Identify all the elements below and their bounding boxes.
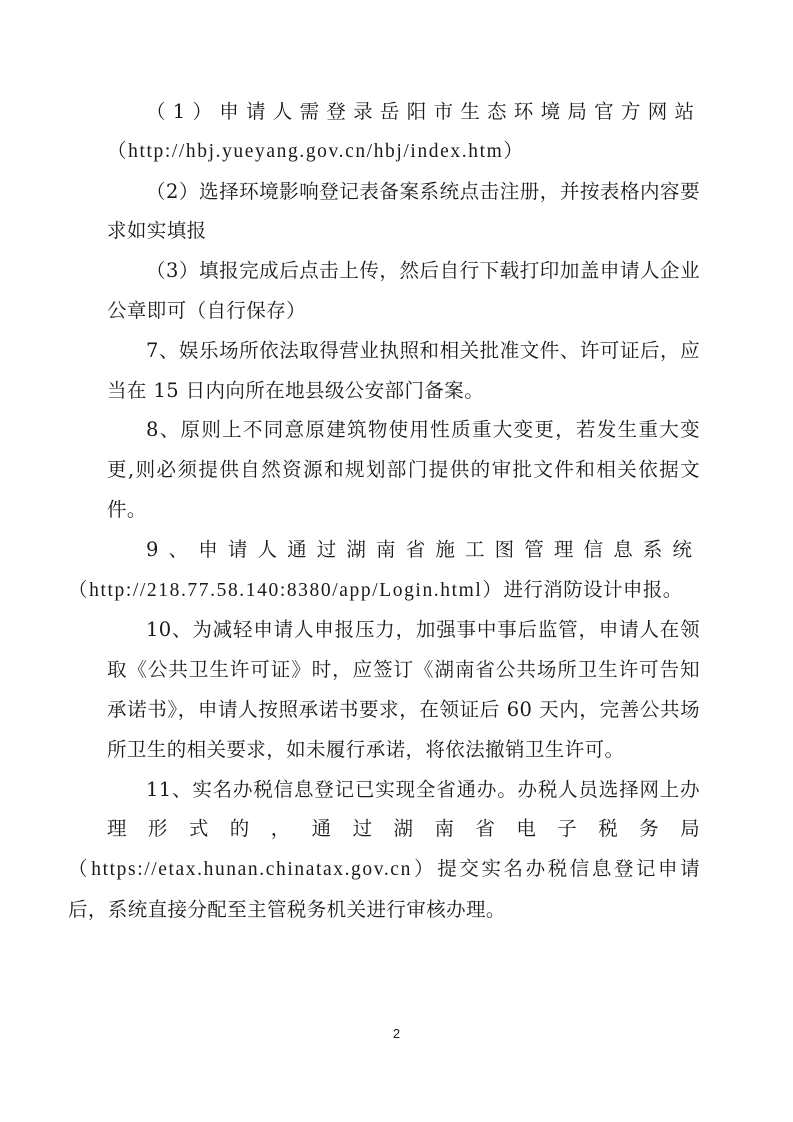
hunan-etax-url[interactable]: （https://etax.hunan.chinatax.gov.cn） bbox=[68, 859, 437, 880]
paragraph-step-1: （1）申请人需登录岳阳市生态环境局官方网站 （http://hbj.yueyan… bbox=[107, 92, 700, 172]
paragraph-step-3: （3）填报完成后点击上传，然后自行下载打印加盖申请人企业公章即可（自行保存） bbox=[107, 251, 700, 331]
item-11-line-1: 11、实名办税信息登记已实现全省通办。办税人员选择网上办 bbox=[107, 770, 700, 810]
paragraph-item-9: 9、申请人通过湖南省施工图管理信息系统 （http://218.77.58.14… bbox=[107, 530, 700, 611]
paragraph-item-7: 7、娱乐场所依法取得营业执照和相关批准文件、许可证后，应当在 15 日内向所在地… bbox=[107, 331, 700, 411]
item-9-continued: （http://218.77.58.140:8380/app/Login.htm… bbox=[68, 570, 700, 611]
document-page: （1）申请人需登录岳阳市生态环境局官方网站 （http://hbj.yueyan… bbox=[107, 92, 700, 930]
paragraph-item-11: 11、实名办税信息登记已实现全省通办。办税人员选择网上办 理形式的，通过湖南省电… bbox=[107, 770, 700, 930]
construction-drawing-system-url[interactable]: （http://218.77.58.140:8380/app/Login.htm… bbox=[68, 580, 504, 601]
paragraph-item-10: 10、为减轻申请人申报压力，加强事中事后监管，申请人在领取《公共卫生许可证》时，… bbox=[107, 610, 700, 769]
item-11-line-2: 理形式的，通过湖南省电子税务局 bbox=[68, 809, 700, 849]
paragraph-item-8: 8、原则上不同意原建筑物使用性质重大变更，若发生重大变更,则必须提供自然资源和规… bbox=[107, 410, 700, 529]
paragraph-step-2: （2）选择环境影响登记表备案系统点击注册，并按表格内容要求如实填报 bbox=[107, 172, 700, 252]
ecology-bureau-url[interactable]: （http://hbj.yueyang.gov.cn/hbj/index.htm… bbox=[68, 132, 700, 172]
page-number: 2 bbox=[0, 1026, 793, 1041]
step-1-text: （1）申请人需登录岳阳市生态环境局官方网站 bbox=[107, 92, 700, 132]
item-11-continued: （https://etax.hunan.chinatax.gov.cn）提交实名… bbox=[68, 849, 700, 930]
item-9-text: 9、申请人通过湖南省施工图管理信息系统 bbox=[107, 530, 700, 570]
item-9-rest: 进行消防设计申报。 bbox=[504, 578, 683, 601]
